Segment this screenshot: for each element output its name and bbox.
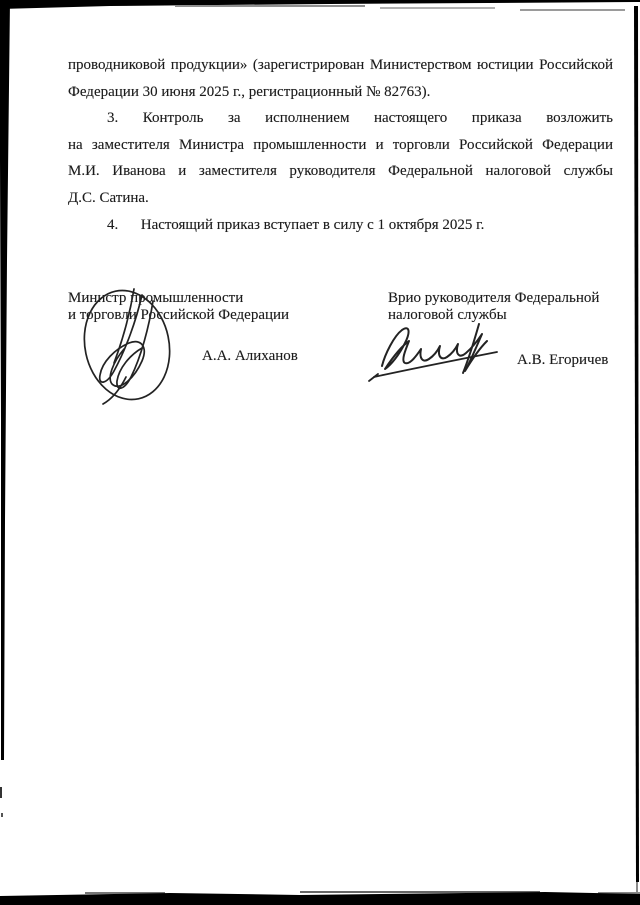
- scan-artifact-right-edge: [634, 6, 639, 896]
- document-page: проводниковой продукции» (зарегистрирова…: [0, 0, 640, 905]
- doc-line: 3. Контроль за исполнением настоящего пр…: [68, 105, 613, 132]
- doc-line: Д.С. Сатина.: [68, 185, 613, 212]
- doc-line: Федерации 30 июня 2025 г., регистрационн…: [68, 79, 613, 106]
- doc-line: проводниковой продукции» (зарегистрирова…: [68, 52, 613, 79]
- signer-title-right-line1: Врио руководителя Федеральной: [388, 290, 599, 307]
- signer-title-right: Врио руководителя Федеральной налоговой …: [388, 290, 599, 324]
- doc-line: М.И. Иванова и заместителя руководителя …: [68, 158, 613, 185]
- scan-artifact-top-edge: [0, 0, 640, 11]
- scan-artifact-left-edge: [0, 0, 10, 817]
- scan-artifact-bottom-edge: [0, 891, 640, 905]
- document-body: проводниковой продукции» (зарегистрирова…: [68, 52, 613, 238]
- signer-title-left-line1: Министр промышленности: [68, 290, 289, 307]
- signer-title-left-line2: и торговли Российской Федерации: [68, 307, 289, 324]
- signer-name-left: А.А. Алиханов: [202, 348, 298, 365]
- signer-title-left: Министр промышленности и торговли Россий…: [68, 290, 289, 324]
- doc-line: на заместителя Министра промышленности и…: [68, 132, 613, 159]
- signer-name-right: А.В. Егоричев: [517, 352, 608, 369]
- signer-title-right-line2: налоговой службы: [388, 307, 599, 324]
- doc-line: 4. Настоящий приказ вступает в силу с 1 …: [68, 212, 613, 239]
